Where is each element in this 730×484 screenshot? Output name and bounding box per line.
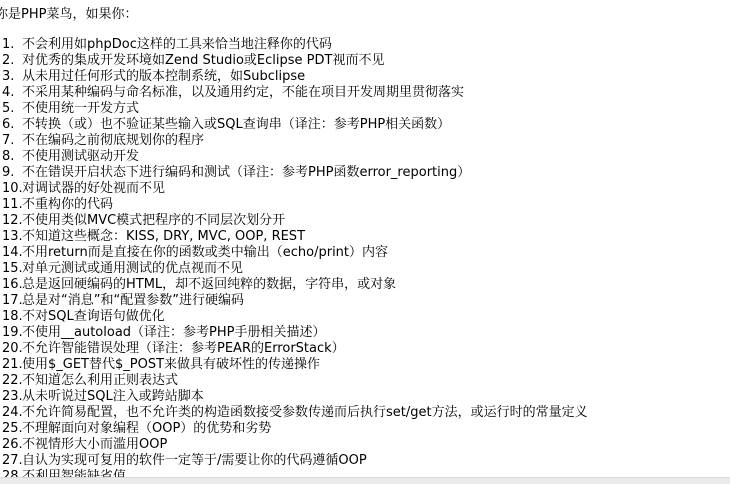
list-item: 12.不使用类似MVC模式把程序的不同层次划分开 <box>0 213 730 229</box>
item-number: 22. <box>0 373 22 389</box>
list-item: 8.不使用测试驱动开发 <box>0 149 730 165</box>
item-number: 23. <box>0 389 22 405</box>
item-text: 不重构你的代码 <box>22 197 113 213</box>
list-item: 24.不允许简易配置，也不允许类的构造函数接受参数传递而后执行set/get方法… <box>0 405 730 421</box>
item-text: 不使用__autoload（译注：参考PHP手册相关描述） <box>22 325 326 341</box>
item-number: 27. <box>0 453 22 469</box>
item-text: 不用return而是直接在你的函数或类中输出（echo/print）内容 <box>22 245 388 261</box>
item-number: 16. <box>0 277 22 293</box>
item-number: 5. <box>0 101 22 117</box>
item-number: 6. <box>0 117 22 133</box>
item-text: 不使用类似MVC模式把程序的不同层次划分开 <box>22 213 285 229</box>
list-item: 14.不用return而是直接在你的函数或类中输出（echo/print）内容 <box>0 245 730 261</box>
item-text: 使用$_GET替代$_POST来做具有破坏性的传递操作 <box>22 357 320 373</box>
item-number: 20. <box>0 341 22 357</box>
item-number: 18. <box>0 309 22 325</box>
item-text: 不会利用如phpDoc这样的工具来恰当地注释你的代码 <box>22 37 332 53</box>
list-item: 9.不在错误开启状态下进行编码和测试（译注：参考PHP函数error_repor… <box>0 165 730 181</box>
item-number: 25. <box>0 421 22 437</box>
item-text: 不在编码之前彻底规划你的程序 <box>22 133 204 149</box>
list-item: 7.不在编码之前彻底规划你的程序 <box>0 133 730 149</box>
list-item: 1.不会利用如phpDoc这样的工具来恰当地注释你的代码 <box>0 37 730 53</box>
list-item: 18.不对SQL查询语句做优化 <box>0 309 730 325</box>
item-number: 9. <box>0 165 22 181</box>
item-text: 对调试器的好处视而不见 <box>22 181 165 197</box>
document-body: 你是PHP菜鸟，如果你： 1.不会利用如phpDoc这样的工具来恰当地注释你的代… <box>0 0 730 484</box>
item-text: 对优秀的集成开发环境如Zend Studio或Eclipse PDT视而不见 <box>22 53 384 69</box>
item-text: 自认为实现可复用的软件一定等于/需要让你的代码遵循OOP <box>22 453 367 469</box>
numbered-list: 1.不会利用如phpDoc这样的工具来恰当地注释你的代码2.对优秀的集成开发环境… <box>0 37 730 484</box>
item-text: 不视情形大小而滥用OOP <box>22 437 167 453</box>
list-item: 20.不允许智能错误处理（译注：参考PEAR的ErrorStack） <box>0 341 730 357</box>
item-text: 对单元测试或通用测试的优点视而不见 <box>22 261 243 277</box>
list-item: 22.不知道怎么利用正则表达式 <box>0 373 730 389</box>
item-number: 21. <box>0 357 22 373</box>
list-item: 4.不采用某种编码与命名标准，以及通用约定，不能在项目开发周期里贯彻落实 <box>0 85 730 101</box>
list-item: 10.对调试器的好处视而不见 <box>0 181 730 197</box>
list-item: 23.从未听说过SQL注入或跨站脚本 <box>0 389 730 405</box>
item-number: 3. <box>0 69 22 85</box>
item-text: 从未用过任何形式的版本控制系统，如Subclipse <box>22 69 305 85</box>
list-item: 27.自认为实现可复用的软件一定等于/需要让你的代码遵循OOP <box>0 453 730 469</box>
horizontal-scrollbar[interactable] <box>0 477 730 484</box>
item-number: 14. <box>0 245 22 261</box>
item-number: 12. <box>0 213 22 229</box>
item-number: 8. <box>0 149 22 165</box>
list-item: 6.不转换（或）也不验证某些输入或SQL查询串（译注：参考PHP相关函数） <box>0 117 730 133</box>
list-item: 16.总是返回硬编码的HTML，却不返回纯粹的数据，字符串，或对象 <box>0 277 730 293</box>
item-text: 不采用某种编码与命名标准，以及通用约定，不能在项目开发周期里贯彻落实 <box>22 85 464 101</box>
item-number: 10. <box>0 181 22 197</box>
item-number: 24. <box>0 405 22 421</box>
item-text: 不知道这些概念：KISS, DRY, MVC, OOP, REST <box>22 229 305 245</box>
item-number: 15. <box>0 261 22 277</box>
list-item: 15.对单元测试或通用测试的优点视而不见 <box>0 261 730 277</box>
item-number: 2. <box>0 53 22 69</box>
item-number: 17. <box>0 293 22 309</box>
item-text: 从未听说过SQL注入或跨站脚本 <box>22 389 204 405</box>
item-text: 不允许简易配置，也不允许类的构造函数接受参数传递而后执行set/get方法，或运… <box>22 405 588 421</box>
list-item: 5.不使用统一开发方式 <box>0 101 730 117</box>
item-text: 总是返回硬编码的HTML，却不返回纯粹的数据，字符串，或对象 <box>22 277 396 293</box>
list-item: 3.从未用过任何形式的版本控制系统，如Subclipse <box>0 69 730 85</box>
item-number: 26. <box>0 437 22 453</box>
list-item: 26.不视情形大小而滥用OOP <box>0 437 730 453</box>
item-text: 总是对“消息”和“配置参数”进行硬编码 <box>22 293 244 309</box>
item-number: 1. <box>0 37 22 53</box>
item-number: 4. <box>0 85 22 101</box>
list-item: 17.总是对“消息”和“配置参数”进行硬编码 <box>0 293 730 309</box>
item-text: 不知道怎么利用正则表达式 <box>22 373 178 389</box>
page-title: 你是PHP菜鸟，如果你： <box>0 7 730 23</box>
item-number: 11. <box>0 197 22 213</box>
item-text: 不转换（或）也不验证某些输入或SQL查询串（译注：参考PHP相关函数） <box>22 117 450 133</box>
item-text: 不使用测试驱动开发 <box>22 149 139 165</box>
list-item: 19.不使用__autoload（译注：参考PHP手册相关描述） <box>0 325 730 341</box>
item-number: 13. <box>0 229 22 245</box>
item-text: 不允许智能错误处理（译注：参考PEAR的ErrorStack） <box>22 341 345 357</box>
list-item: 25.不理解面向对象编程（OOP）的优势和劣势 <box>0 421 730 437</box>
item-text: 不使用统一开发方式 <box>22 101 139 117</box>
item-text: 不在错误开启状态下进行编码和测试（译注：参考PHP函数error_reporti… <box>22 165 470 181</box>
item-number: 7. <box>0 133 22 149</box>
item-text: 不对SQL查询语句做优化 <box>22 309 165 325</box>
list-item: 11.不重构你的代码 <box>0 197 730 213</box>
list-item: 13.不知道这些概念：KISS, DRY, MVC, OOP, REST <box>0 229 730 245</box>
item-text: 不理解面向对象编程（OOP）的优势和劣势 <box>22 421 271 437</box>
list-item: 2.对优秀的集成开发环境如Zend Studio或Eclipse PDT视而不见 <box>0 53 730 69</box>
item-number: 19. <box>0 325 22 341</box>
list-item: 21.使用$_GET替代$_POST来做具有破坏性的传递操作 <box>0 357 730 373</box>
